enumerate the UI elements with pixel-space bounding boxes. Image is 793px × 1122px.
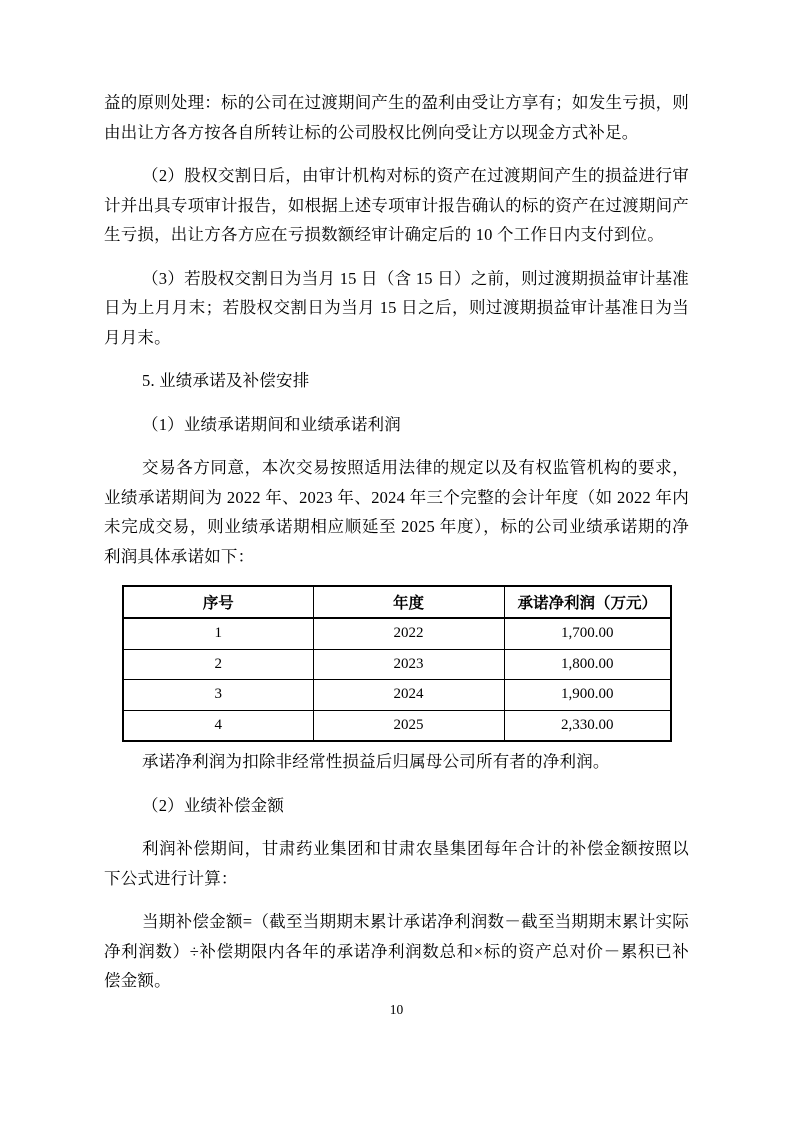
section-heading-5: 5. 业绩承诺及补偿安排 xyxy=(104,366,689,396)
paragraph-commitment-intro: 交易各方同意，本次交易按照适用法律的规定以及有权监管机构的要求，业绩承诺期间为 … xyxy=(104,453,689,571)
paragraph-continuation: 益的原则处理：标的公司在过渡期间产生的盈利由受让方享有；如发生亏损，则由出让方各… xyxy=(104,88,689,147)
table-cell-profit: 1,700.00 xyxy=(504,618,671,649)
table-row: 2 2023 1,800.00 xyxy=(123,649,671,680)
table-cell-serial: 1 xyxy=(123,618,313,649)
table-cell-profit: 1,900.00 xyxy=(504,680,671,711)
table-header-cell-year: 年度 xyxy=(313,586,504,618)
table-cell-year: 2023 xyxy=(313,649,504,680)
paragraph-compensation-intro: 利润补偿期间，甘肃药业集团和甘肃农垦集团每年合计的补偿金额按照以下公式进行计算： xyxy=(104,834,689,893)
document-page: 益的原则处理：标的公司在过渡期间产生的盈利由受让方享有；如发生亏损，则由出让方各… xyxy=(0,0,793,1122)
table-row: 1 2022 1,700.00 xyxy=(123,618,671,649)
profit-commitment-table: 序号 年度 承诺净利润（万元） 1 2022 1,700.00 2 2023 1… xyxy=(122,585,672,742)
subsection-heading-1: （1）业绩承诺期间和业绩承诺利润 xyxy=(104,410,689,440)
table-cell-year: 2022 xyxy=(313,618,504,649)
paragraph-table-note: 承诺净利润为扣除非经常性损益后归属母公司所有者的净利润。 xyxy=(104,747,689,777)
table-row: 3 2024 1,900.00 xyxy=(123,680,671,711)
subsection-heading-2: （2）业绩补偿金额 xyxy=(104,791,689,821)
table-cell-year: 2025 xyxy=(313,710,504,741)
table-cell-serial: 2 xyxy=(123,649,313,680)
page-number: 10 xyxy=(0,1002,793,1018)
table-header-cell-profit: 承诺净利润（万元） xyxy=(504,586,671,618)
table-row: 4 2025 2,330.00 xyxy=(123,710,671,741)
paragraph-item-3: （3）若股权交割日为当月 15 日（含 15 日）之前，则过渡期损益审计基准日为… xyxy=(104,264,689,353)
table-header-row: 序号 年度 承诺净利润（万元） xyxy=(123,586,671,618)
table-cell-year: 2024 xyxy=(313,680,504,711)
table-cell-serial: 4 xyxy=(123,710,313,741)
paragraph-compensation-formula: 当期补偿金额=（截至当期期末累计承诺净利润数－截至当期期末累计实际净利润数）÷补… xyxy=(104,907,689,996)
table-cell-serial: 3 xyxy=(123,680,313,711)
table-header-cell-serial: 序号 xyxy=(123,586,313,618)
paragraph-item-2: （2）股权交割日后，由审计机构对标的资产在过渡期间产生的损益进行审计并出具专项审… xyxy=(104,161,689,250)
table-cell-profit: 1,800.00 xyxy=(504,649,671,680)
table-cell-profit: 2,330.00 xyxy=(504,710,671,741)
